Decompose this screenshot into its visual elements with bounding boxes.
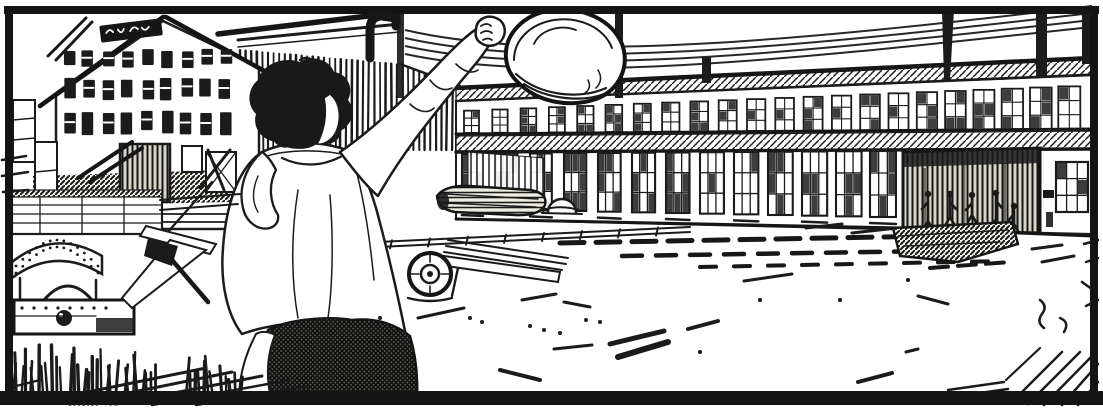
mill-window [199,79,211,97]
dark-pane [572,154,577,171]
timber-dot [56,246,59,249]
mill-window [103,113,115,134]
timber-dot [15,272,18,275]
mill-window [161,51,173,68]
ground-dot [542,328,546,332]
dark-pane [777,153,783,172]
dark-pane [888,174,895,194]
timber-dot [97,265,100,268]
dark-pane [946,118,954,129]
dark-pane [974,117,983,128]
dark-pane [956,118,964,129]
fence-slat [452,85,453,150]
dark-pane [580,193,585,210]
dark-pane [803,174,809,193]
dark-pane [580,154,585,171]
dark-pane [578,107,584,114]
dark-pane [861,95,869,105]
ground-dot [468,316,472,320]
mill-window [121,80,133,98]
dark-pane [663,104,670,112]
telegraph-pole [1036,8,1047,76]
hat-brim [506,9,625,103]
factory-doorway [903,148,1040,233]
timber-dot [83,259,86,262]
footing-shadow [598,218,621,219]
crate-dot [44,306,47,309]
dark-pane [700,122,707,130]
footing-shadow [666,219,690,220]
dark-pane [805,109,813,118]
mill-window [64,51,75,65]
dark-pane [615,124,621,131]
dark-pane [928,106,936,117]
footing-shadow [734,220,758,221]
mill-window [64,113,76,134]
dark-pane [599,174,605,192]
pile-end-cap [437,192,449,210]
dark-pane [928,118,936,129]
dark-pane [871,152,878,172]
ground-dot [528,324,532,328]
dark-pane [1003,117,1012,128]
timber-dot [49,239,52,242]
dark-pane [1059,87,1068,99]
ground-dot [758,298,762,302]
dark-pane [667,154,673,172]
dark-pane [854,174,861,194]
wall-sign-mark [1043,190,1054,198]
dark-pane [529,125,535,131]
dark-pane [675,194,681,212]
crate-dot [20,306,23,309]
border-right [1090,6,1098,401]
timber-dot [28,259,31,262]
ground-dot [480,320,484,324]
dark-pane [769,153,775,172]
dark-pane [811,195,817,214]
wheel-hub [427,271,433,277]
dark-pane [811,174,817,193]
timber-dot [69,249,72,252]
dark-pane [558,108,564,114]
timber-dot [76,246,79,249]
timber-dot [62,246,65,249]
dark-pane [522,109,528,115]
dark-pane [615,115,621,122]
dark-pane [522,117,528,123]
mill-window [220,112,232,135]
dark-pane [683,174,689,192]
mill-window [200,113,212,135]
dark-pane [748,111,755,120]
dark-pane [648,193,654,211]
mill-window [160,78,172,100]
dark-pane [1042,102,1051,114]
crate-dot [104,306,107,309]
timber-dot [21,258,24,261]
telegraph-pole [702,57,711,83]
dark-pane [1031,116,1040,128]
dark-pane [558,117,564,123]
dark-pane [599,154,605,172]
dark-pane [667,174,673,192]
dark-pane [805,120,813,129]
dark-pane [683,194,689,212]
dark-pane [871,119,879,129]
ground-dot [584,318,588,322]
timber-dot [62,239,65,242]
timber-dot [90,258,93,261]
dark-pane [956,92,964,103]
dark-pane [691,122,698,130]
dark-pane [918,93,926,104]
dark-pane [614,193,620,211]
dark-pane [633,174,639,192]
mill-window [180,113,192,135]
timber-dot [15,265,18,268]
dark-pane [777,195,783,214]
dark-pane [473,112,479,117]
dark-pane [1042,89,1051,101]
crate-dot [56,306,59,309]
dark-pane [667,194,673,212]
mill-window [162,111,174,134]
ground-dot [558,331,562,335]
timber-dot [90,265,93,268]
small-window [182,146,202,172]
timber-dot [35,253,38,256]
crate-dot [32,306,35,309]
round-knob [56,310,72,326]
dark-pane [607,106,613,113]
lumber-pile [437,186,545,215]
mill-window [142,49,154,65]
dark-pane [846,174,853,194]
dark-pane [880,196,887,216]
timber-dot [56,239,59,242]
dark-pane [691,112,698,120]
crate-dot [68,306,71,309]
dark-pane [607,154,613,172]
dark-pane [607,115,613,122]
crate-dot [80,306,83,309]
dark-pane [769,174,775,193]
timber-dot [97,272,100,275]
dark-pane [888,152,895,172]
timber-dot [76,253,79,256]
border-bottom [0,391,1103,405]
ground-dot [598,320,602,324]
mill-windows [64,49,232,135]
dark-pane [565,154,570,171]
illustration: A curly-haired boy in a white shirt and … [0,0,1103,409]
ground-dot [838,298,842,302]
dark-pane [635,123,642,130]
dark-pane [522,125,528,131]
dark-pane [643,105,650,112]
crate-dot [92,306,95,309]
dark-pane [974,104,983,115]
timber-dot [83,252,86,255]
dark-pane [814,98,822,107]
mill-window [64,78,76,99]
timber-dot [69,242,72,245]
timber-dot [42,249,45,252]
timber-dot [21,265,24,268]
dark-pane [871,95,879,105]
dark-pane [890,107,898,117]
border-left [5,6,13,403]
dark-pane [546,173,551,190]
dark-pane [586,124,592,131]
dark-pane [709,174,715,192]
timber-dot [35,246,38,249]
ground-dot [698,350,702,354]
dark-pane [985,104,994,115]
border-top [4,6,1099,14]
telegraph-pole [1082,6,1091,64]
illustration-canvas: A curly-haired boy in a white shirt and … [0,0,1103,409]
ground-dot [906,278,910,282]
timber-dot [28,252,31,255]
dark-pane [751,153,757,172]
footing-shadow [462,215,483,216]
dark-pane [635,114,642,121]
dark-pane [578,124,584,131]
dark-pane [833,108,841,118]
mill-window [121,112,132,134]
ground-dot [378,316,382,320]
dark-pane [691,102,698,110]
dark-pane [846,196,853,216]
timber-dot [49,246,52,249]
dark-pane [776,110,783,119]
dark-pane [633,193,639,211]
dark-pane [641,154,647,172]
dark-pane [720,112,727,120]
mill-window [82,112,94,135]
dark-pane [1003,90,1012,101]
timber-dot [42,242,45,245]
footing-shadow [870,223,896,224]
dark-pane [463,155,468,171]
footing-shadow [802,222,827,223]
footing-shadow [530,216,552,217]
dark-pane [729,101,736,109]
boy-knickers [258,318,417,399]
dark-pane [580,174,585,191]
